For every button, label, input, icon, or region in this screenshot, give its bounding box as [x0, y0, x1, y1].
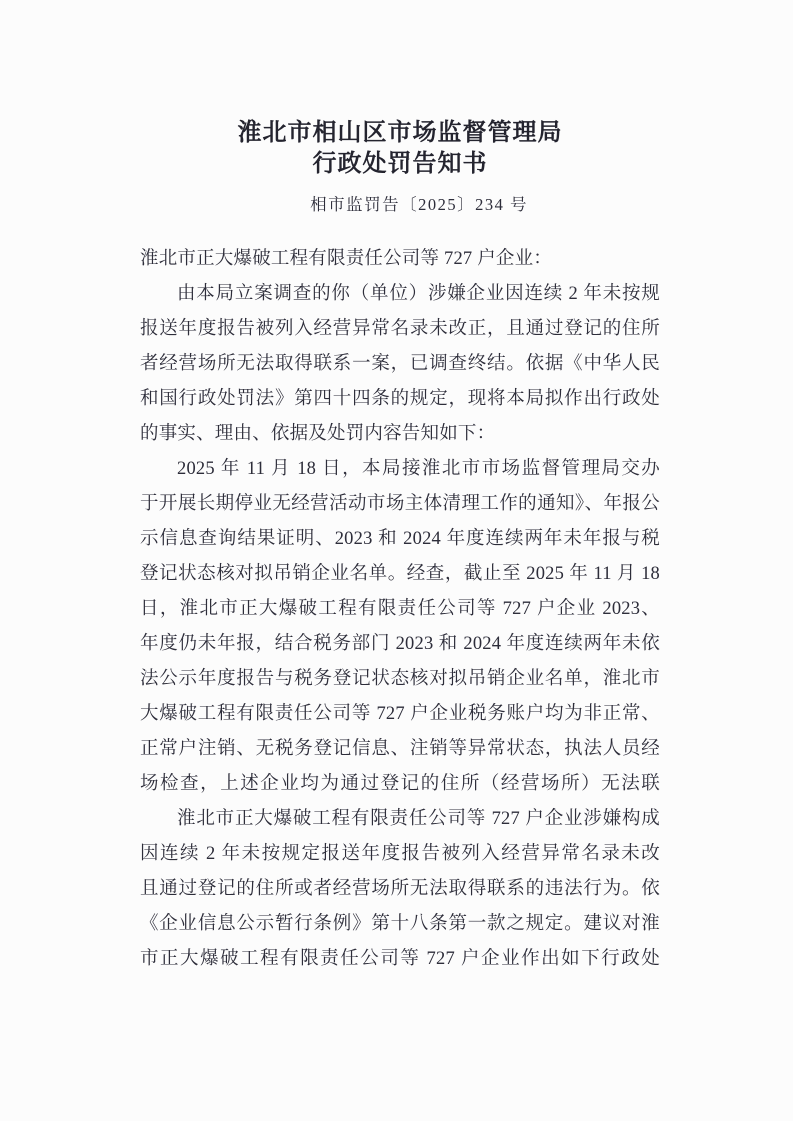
body-line: 于开展长期停业无经营活动市场主体清理工作的通知》、年报公: [140, 487, 660, 522]
body-line: 淮北市正大爆破工程有限责任公司等 727 户企业涉嫌构成: [140, 802, 660, 837]
body-line: 示信息查询结果证明、2023 和 2024 年度连续两年未年报与税务: [140, 522, 660, 557]
body-line: 因连续 2 年未按规定报送年度报告被列入经营异常名录未改正，: [140, 837, 660, 872]
body-line: 淮北市正大爆破工程有限责任公司等 727 户企业：: [140, 242, 660, 277]
scanned-document-page: 淮北市相山区市场监督管理局 行政处罚告知书 相市监罚告〔2025〕234 号 淮…: [0, 0, 793, 1121]
body-line: 正常户注销、无税务登记信息、注销等异常状态，执法人员经现: [140, 732, 660, 767]
document-type-title: 行政处罚告知书: [140, 149, 660, 180]
body-line: 由本局立案调查的你（单位）涉嫌企业因连续 2 年未按规定: [140, 277, 660, 312]
body-line: 2025 年 11 月 18 日，本局接淮北市市场监督管理局交办《关: [140, 452, 660, 487]
body-line: 登记状态核对拟吊销企业名单。经查，截止至 2025 年 11 月 18: [140, 557, 660, 592]
body-line: 市正大爆破工程有限责任公司等 727 户企业作出如下行政处罚：: [140, 942, 660, 977]
body-line: 《企业信息公示暂行条例》第十八条第一款之规定。建议对淮北: [140, 907, 660, 942]
body-line: 年度仍未年报，结合税务部门 2023 和 2024 年度连续两年未依: [140, 627, 660, 662]
body-line: 日，淮北市正大爆破工程有限责任公司等 727 户企业 2023、2024: [140, 592, 660, 627]
body-line: 的事实、理由、依据及处罚内容告知如下：: [140, 417, 660, 452]
body-line: 且通过登记的住所或者经营场所无法取得联系的违法行为。依据: [140, 872, 660, 907]
document-number: 相市监罚告〔2025〕234 号: [140, 194, 660, 216]
document-header: 淮北市相山区市场监督管理局 行政处罚告知书 相市监罚告〔2025〕234 号: [140, 118, 660, 216]
agency-title: 淮北市相山区市场监督管理局: [140, 118, 660, 149]
body-line: 法公示年度报告与税务登记状态核对拟吊销企业名单，淮北市正: [140, 662, 660, 697]
body-line: 和国行政处罚法》第四十四条的规定，现将本局拟作出行政处罚: [140, 382, 660, 417]
body-line: 场检查，上述企业均为通过登记的住所（经营场所）无法联系。: [140, 767, 660, 802]
document-body: 淮北市正大爆破工程有限责任公司等 727 户企业：由本局立案调查的你（单位）涉嫌…: [140, 242, 660, 977]
body-line: 大爆破工程有限责任公司等 727 户企业税务账户均为非正常、非: [140, 697, 660, 732]
body-line: 者经营场所无法取得联系一案，已调查终结。依据《中华人民共: [140, 347, 660, 382]
body-line: 报送年度报告被列入经营异常名录未改正，且通过登记的住所或: [140, 312, 660, 347]
